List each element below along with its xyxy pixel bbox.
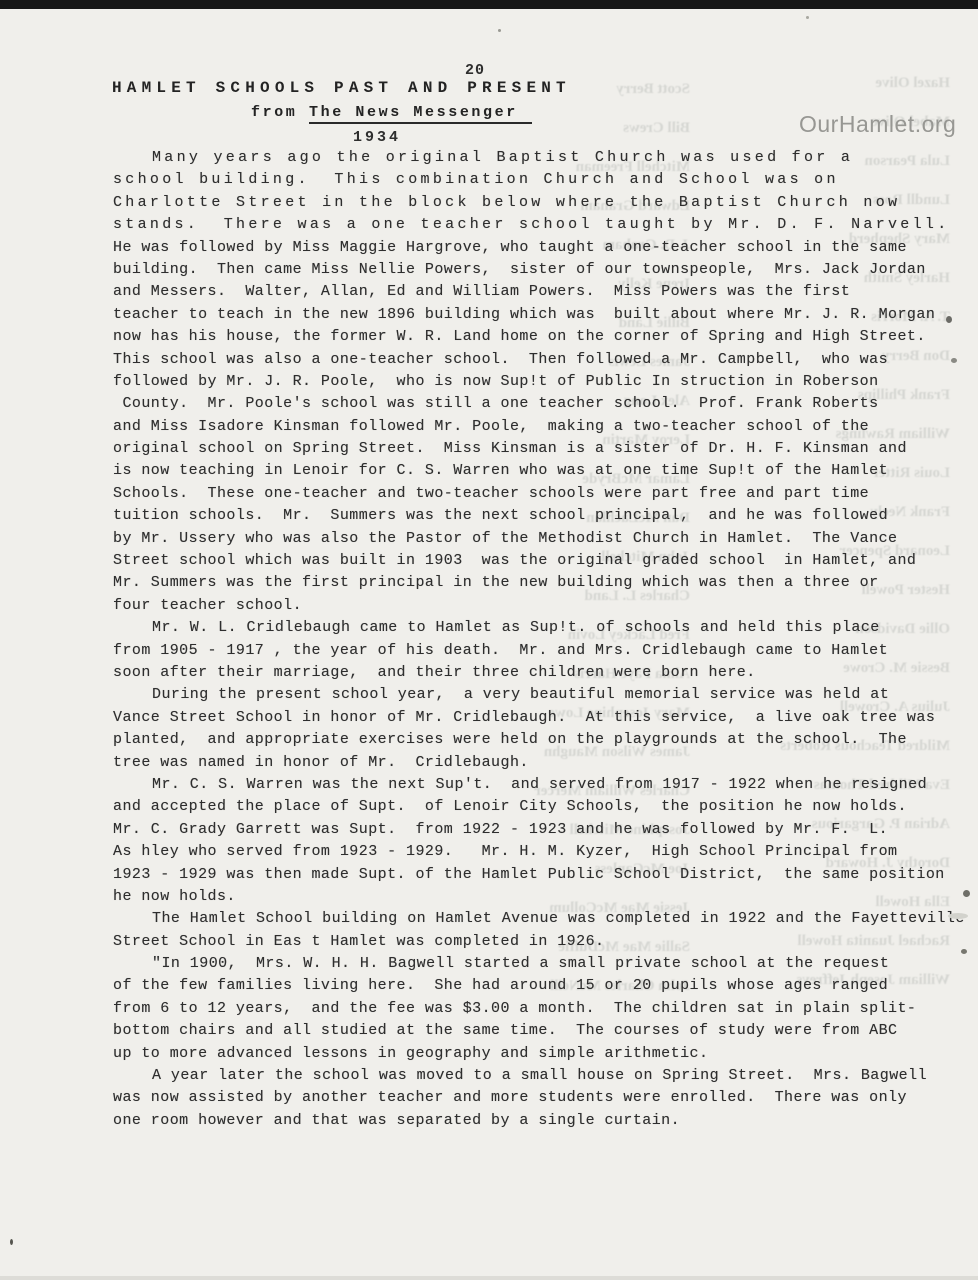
scan-speck: [946, 316, 952, 323]
scan-speck: [806, 16, 809, 19]
text-line: Mr. C. Grady Garrett was Supt. from 1922…: [113, 819, 973, 841]
text-line: he now holds.: [113, 886, 973, 908]
text-line: Street School in Eas t Hamlet was comple…: [113, 931, 973, 953]
text-line: stands. There was a one teacher school t…: [113, 214, 973, 236]
paragraph: A year later the school was moved to a s…: [113, 1065, 973, 1132]
scan-speck: [10, 1239, 13, 1245]
scan-speck: [948, 913, 968, 919]
text-line: by Mr. Ussery who was also the Pastor of…: [113, 528, 973, 550]
source-prefix: from: [251, 104, 309, 121]
paragraph: During the present school year, a very b…: [113, 684, 973, 774]
paragraph: Mr. C. S. Warren was the next Sup't. and…: [113, 774, 973, 908]
text-line: and Miss Isadore Kinsman followed Mr. Po…: [113, 416, 973, 438]
scanned-page: Scott BerryBill CrewsMitchell FreemanEdw…: [0, 0, 978, 1280]
text-line: and accepted the place of Supt. of Lenoi…: [113, 796, 973, 818]
text-line: now has his house, the former W. R. Land…: [113, 326, 973, 348]
text-line: is now teaching in Lenoir for C. S. Warr…: [113, 460, 973, 482]
source-line: from The News Messenger: [251, 104, 532, 121]
text-line: four teacher school.: [113, 595, 973, 617]
paragraph: Many years ago the original Baptist Chur…: [113, 147, 973, 237]
text-line: was now assisted by another teacher and …: [113, 1087, 973, 1109]
text-line: from 1905 - 1917 , the year of his death…: [113, 640, 973, 662]
text-line: soon after their marriage, and their thr…: [113, 662, 973, 684]
scanner-edge-bar: [0, 0, 978, 9]
text-line: one room however and that was separated …: [113, 1110, 973, 1132]
text-line: building. Then came Miss Nellie Powers, …: [113, 259, 973, 281]
source-name: The News Messenger: [309, 104, 532, 124]
paragraph: "In 1900, Mrs. W. H. H. Bagwell started …: [113, 953, 973, 1065]
text-line: and Messers. Walter, Allan, Ed and Willi…: [113, 281, 973, 303]
scan-speck: [961, 949, 967, 954]
text-line: Charlotte Street in the block below wher…: [113, 192, 973, 214]
bleedthrough-text: Hazel Olive: [700, 64, 950, 103]
text-line: teacher to teach in the new 1896 buildin…: [113, 304, 973, 326]
text-line: The Hamlet School building on Hamlet Ave…: [113, 908, 973, 930]
text-line: Many years ago the original Baptist Chur…: [113, 147, 973, 169]
text-line: tuition schools. Mr. Summers was the nex…: [113, 505, 973, 527]
text-line: Schools. These one-teacher and two-teach…: [113, 483, 973, 505]
watermark: OurHamlet.org: [799, 111, 956, 138]
text-line: Vance Street School in honor of Mr. Crid…: [113, 707, 973, 729]
text-line: school building. This combination Church…: [113, 169, 973, 191]
scan-speck: [951, 358, 957, 363]
text-line: Mr. C. S. Warren was the next Sup't. and…: [113, 774, 973, 796]
text-line: 1923 - 1929 was then made Supt. of the H…: [113, 864, 973, 886]
text-line: Mr. Summers was the first principal in t…: [113, 572, 973, 594]
text-line: bottom chairs and all studied at the sam…: [113, 1020, 973, 1042]
text-line: "In 1900, Mrs. W. H. H. Bagwell started …: [113, 953, 973, 975]
scan-speck: [498, 29, 501, 32]
text-line: up to more advanced lessons in geography…: [113, 1043, 973, 1065]
text-line: Street school which was built in 1903 wa…: [113, 550, 973, 572]
text-line: followed by Mr. J. R. Poole, who is now …: [113, 371, 973, 393]
year-label: 1934: [353, 129, 401, 146]
text-line: A year later the school was moved to a s…: [113, 1065, 973, 1087]
text-line: This school was also a one-teacher schoo…: [113, 349, 973, 371]
page-title: HAMLET SCHOOLS PAST AND PRESENT: [112, 79, 571, 97]
text-line: He was followed by Miss Maggie Hargrove,…: [113, 237, 973, 259]
text-line: tree was named in honor of Mr. Cridlebau…: [113, 752, 973, 774]
text-line: Mr. W. L. Cridlebaugh came to Hamlet as …: [113, 617, 973, 639]
text-line: from 6 to 12 years, and the fee was $3.0…: [113, 998, 973, 1020]
page-number: 20: [440, 62, 510, 79]
scanner-bottom-edge: [0, 1276, 978, 1280]
text-line: County. Mr. Poole's school was still a o…: [113, 393, 973, 415]
text-line: planted, and appropriate exercises were …: [113, 729, 973, 751]
article-text: Many years ago the original Baptist Chur…: [113, 147, 973, 1132]
text-line: During the present school year, a very b…: [113, 684, 973, 706]
paragraph: Mr. W. L. Cridlebaugh came to Hamlet as …: [113, 617, 973, 684]
paragraph: The Hamlet School building on Hamlet Ave…: [113, 908, 973, 953]
scan-speck: [963, 890, 970, 897]
text-line: As hley who served from 1923 - 1929. Mr.…: [113, 841, 973, 863]
text-line: original school on Spring Street. Miss K…: [113, 438, 973, 460]
text-line: of the few families living here. She had…: [113, 975, 973, 997]
paragraph: He was followed by Miss Maggie Hargrove,…: [113, 237, 973, 618]
